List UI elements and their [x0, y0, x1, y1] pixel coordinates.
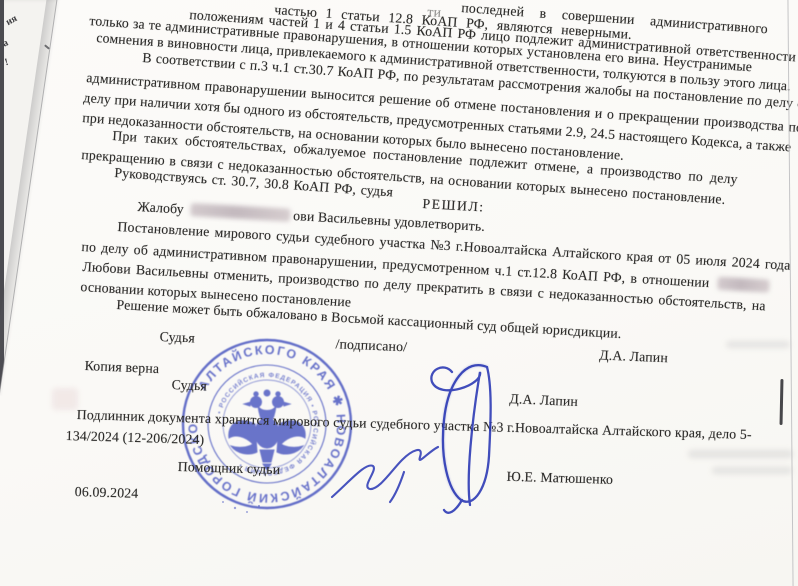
scanned-document-photo: ияа! АЛТАЙСКОГО КРАЯ ✱ НОВОАЛТАЙСКИЙ ГОР…	[0, 0, 798, 586]
assistant-ink-signature	[332, 447, 438, 502]
judge-ink-signature	[431, 365, 490, 513]
ink-signatures	[0, 0, 798, 586]
ink-bleed	[443, 365, 487, 500]
